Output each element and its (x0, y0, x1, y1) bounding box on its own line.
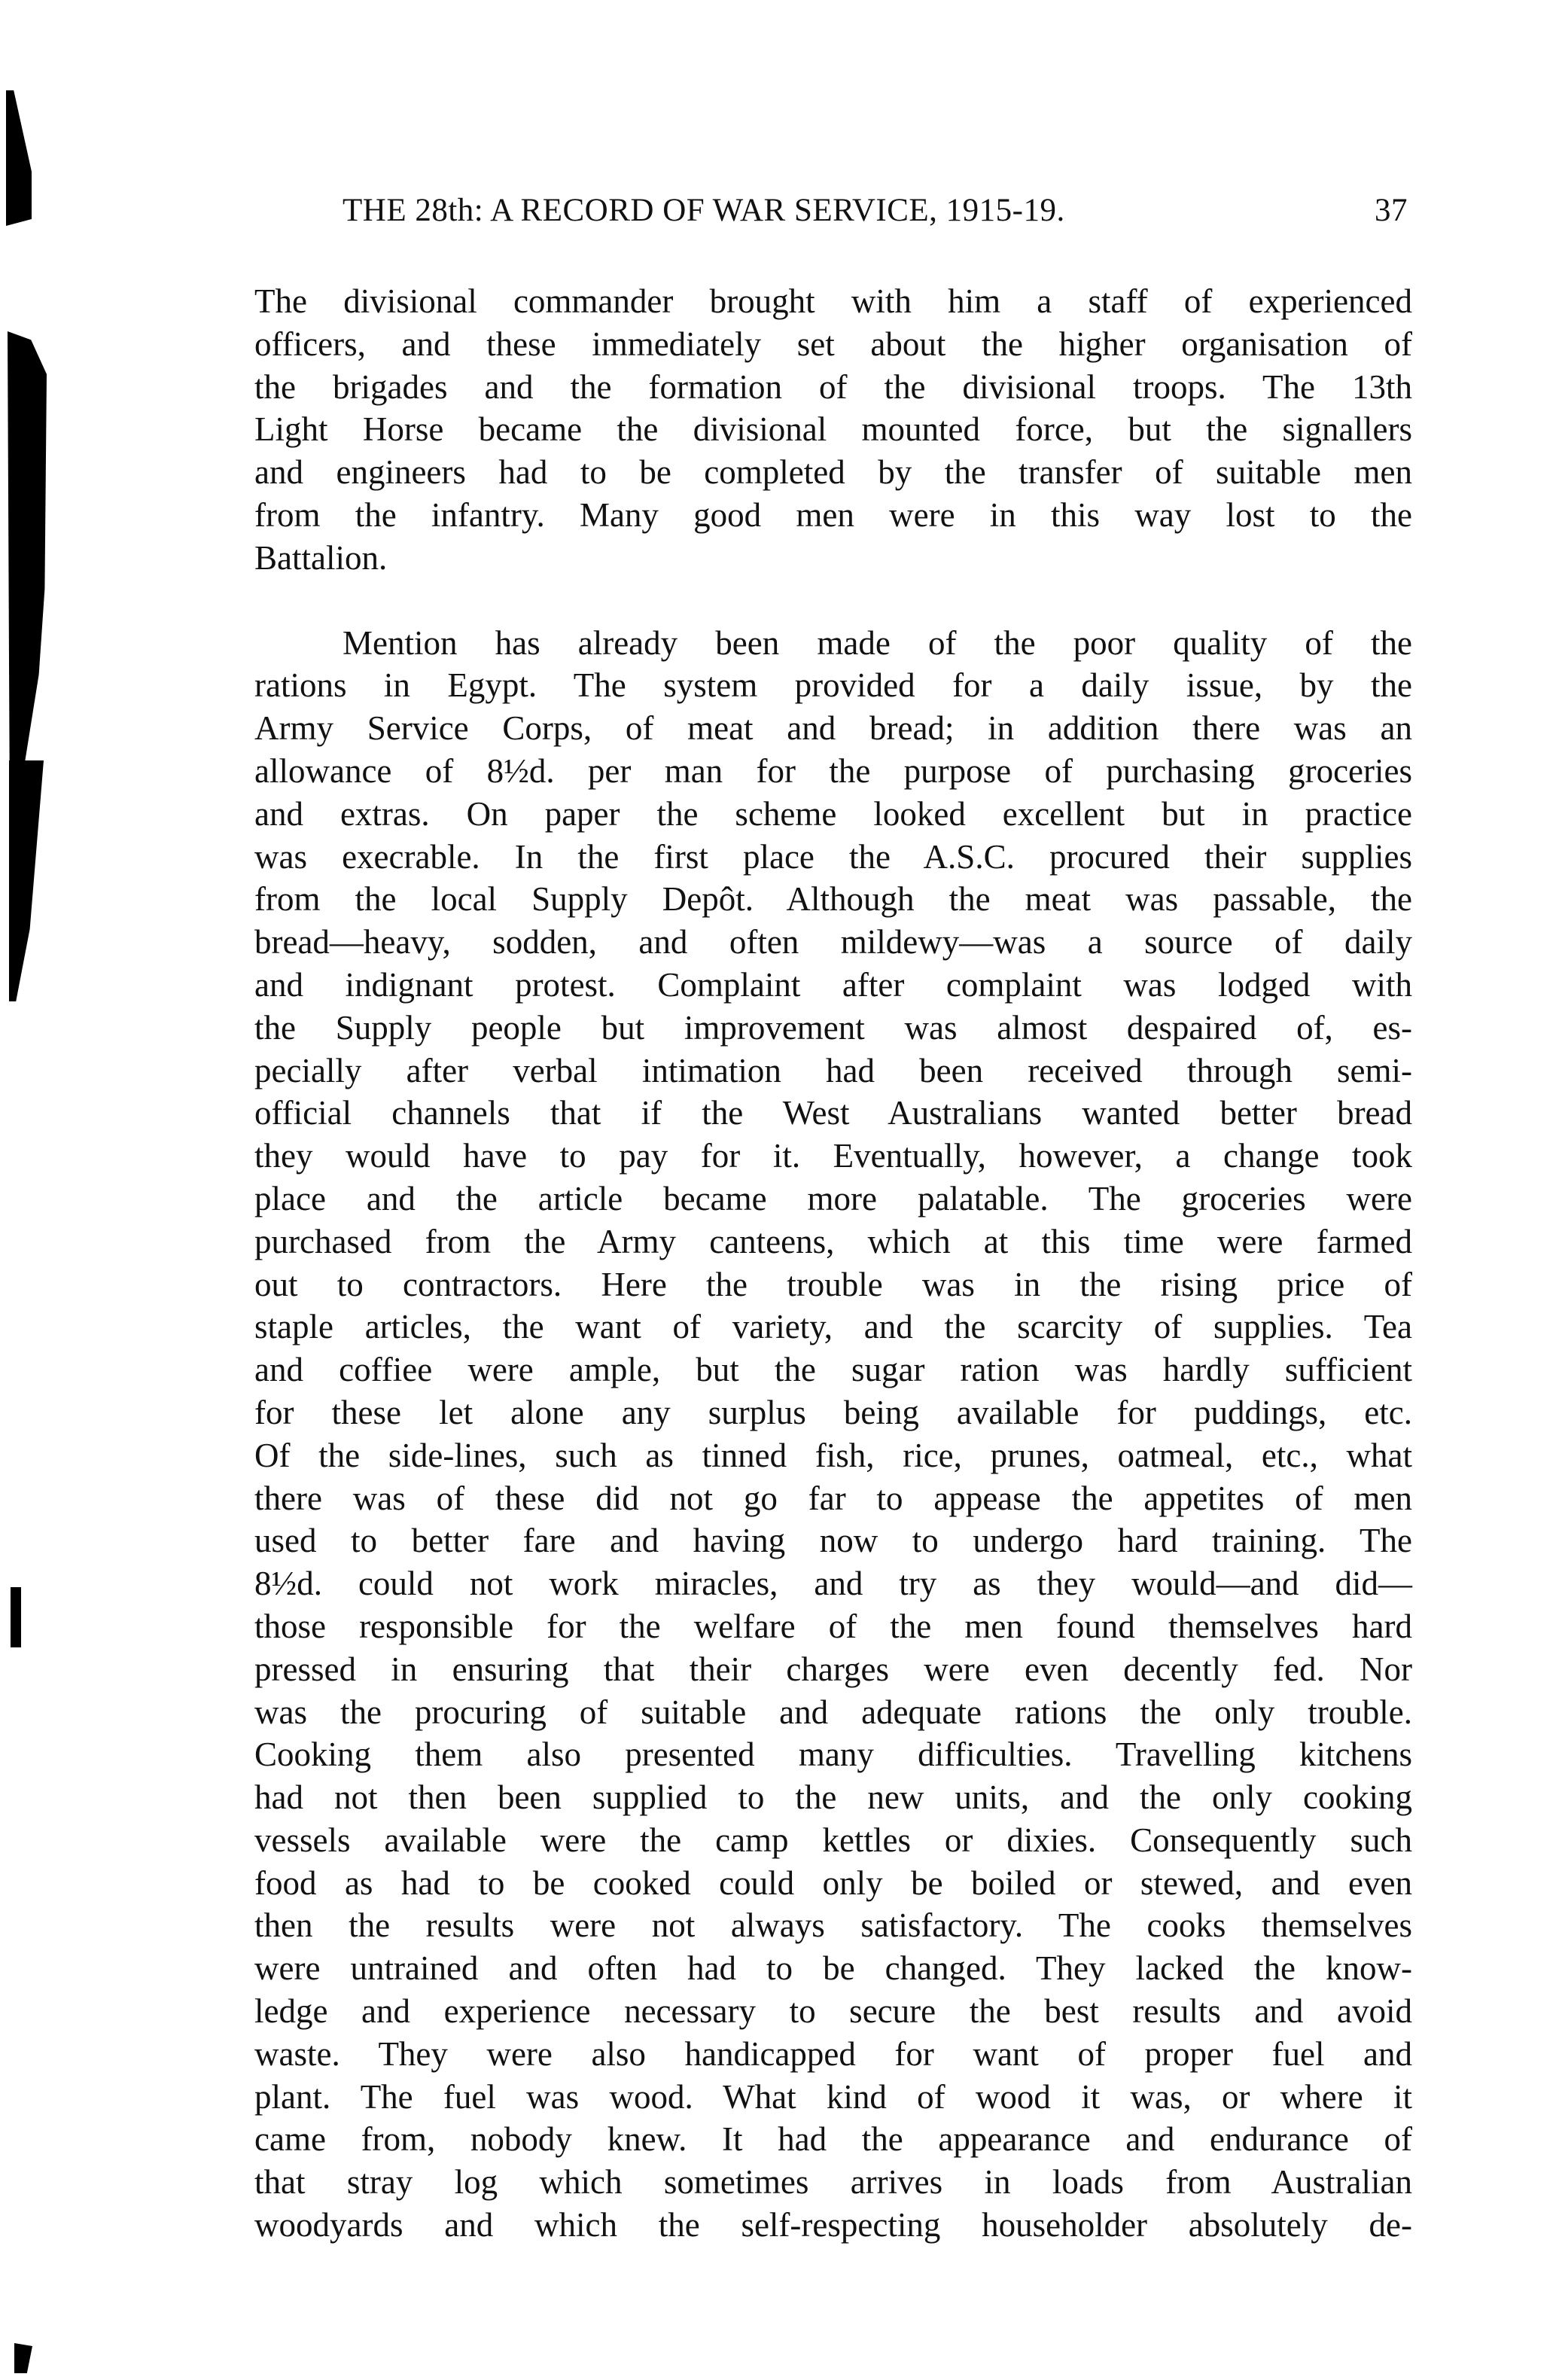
text-line: place and the article became more palata… (254, 1178, 1412, 1220)
text-line: Army Service Corps, of meat and bread; i… (254, 707, 1412, 750)
text-line: waste. They were also handicapped for wa… (254, 2033, 1412, 2076)
text-line: officers, and these immediately set abou… (254, 323, 1412, 366)
text-line: rations in Egypt. The system provided fo… (254, 664, 1412, 707)
text-line: ledge and experience necessary to secure… (254, 1990, 1412, 2033)
binding-shadow (14, 2343, 32, 2373)
running-title: THE 28th: A RECORD OF WAR SERVICE, 1915-… (343, 192, 1065, 229)
running-head: THE 28th: A RECORD OF WAR SERVICE, 1915-… (343, 192, 1408, 237)
text-line: pressed in ensuring that their charges w… (254, 1648, 1412, 1691)
text-line: staple articles, the want of variety, an… (254, 1306, 1412, 1348)
binding-shadow (6, 90, 32, 226)
text-line: then the results were not always satisfa… (254, 1904, 1412, 1947)
text-line: they would have to pay for it. Eventuall… (254, 1135, 1412, 1178)
text-line: the Supply people but improvement was al… (254, 1007, 1412, 1050)
book-page: THE 28th: A RECORD OF WAR SERVICE, 1915-… (0, 0, 1559, 2380)
text-line: and coffiee were ample, but the sugar ra… (254, 1348, 1412, 1391)
text-line: plant. The fuel was wood. What kind of w… (254, 2076, 1412, 2119)
text-line: woodyards and which the self-respecting … (254, 2204, 1412, 2247)
paragraph: Mention has already been made of the poo… (254, 622, 1412, 2247)
text-line: and extras. On paper the scheme looked e… (254, 793, 1412, 836)
text-line: The divisional commander brought with hi… (254, 280, 1412, 323)
text-line: official channels that if the West Austr… (254, 1092, 1412, 1135)
binding-shadow (9, 760, 44, 1001)
text-line: from the local Supply Depôt. Although th… (254, 878, 1412, 921)
text-line: the brigades and the formation of the di… (254, 366, 1412, 409)
text-line: had not then been supplied to the new un… (254, 1776, 1412, 1819)
text-line: purchased from the Army canteens, which … (254, 1220, 1412, 1263)
page-number: 37 (1375, 192, 1408, 229)
body-text: The divisional commander brought with hi… (254, 280, 1412, 2247)
text-line: Cooking them also presented many difficu… (254, 1733, 1412, 1776)
text-line: came from, nobody knew. It had the appea… (254, 2118, 1412, 2161)
text-line: pecially after verbal intimation had bee… (254, 1050, 1412, 1092)
text-line: Mention has already been made of the poo… (254, 622, 1412, 665)
text-line: was the procuring of suitable and adequa… (254, 1691, 1412, 1734)
text-line: and engineers had to be completed by the… (254, 451, 1412, 494)
text-line: were untrained and often had to be chang… (254, 1947, 1412, 1990)
text-line: 8½d. could not work miracles, and try as… (254, 1562, 1412, 1605)
text-line: that stray log which sometimes arrives i… (254, 2161, 1412, 2204)
text-line: used to better fare and having now to un… (254, 1519, 1412, 1562)
text-line: for these let alone any surplus being av… (254, 1391, 1412, 1434)
text-line: bread—heavy, sodden, and often mildewy—w… (254, 921, 1412, 964)
text-line: was execrable. In the first place the A.… (254, 836, 1412, 879)
text-line: out to contractors. Here the trouble was… (254, 1263, 1412, 1306)
text-line: Light Horse became the divisional mounte… (254, 408, 1412, 451)
binding-shadow (8, 331, 47, 760)
text-line: Of the side-lines, such as tinned fish, … (254, 1434, 1412, 1477)
text-line: and indignant protest. Complaint after c… (254, 964, 1412, 1007)
text-line: vessels available were the camp kettles … (254, 1819, 1412, 1862)
text-line: there was of these did not go far to app… (254, 1477, 1412, 1520)
paragraph-spacing (254, 580, 1412, 622)
binding-shadow (11, 1587, 21, 1647)
text-line: food as had to be cooked could only be b… (254, 1862, 1412, 1905)
text-line: allowance of 8½d. per man for the purpos… (254, 750, 1412, 793)
text-line: those responsible for the welfare of the… (254, 1605, 1412, 1648)
text-line: from the infantry. Many good men were in… (254, 494, 1412, 537)
text-line: Battalion. (254, 537, 1412, 580)
paragraph: The divisional commander brought with hi… (254, 280, 1412, 580)
